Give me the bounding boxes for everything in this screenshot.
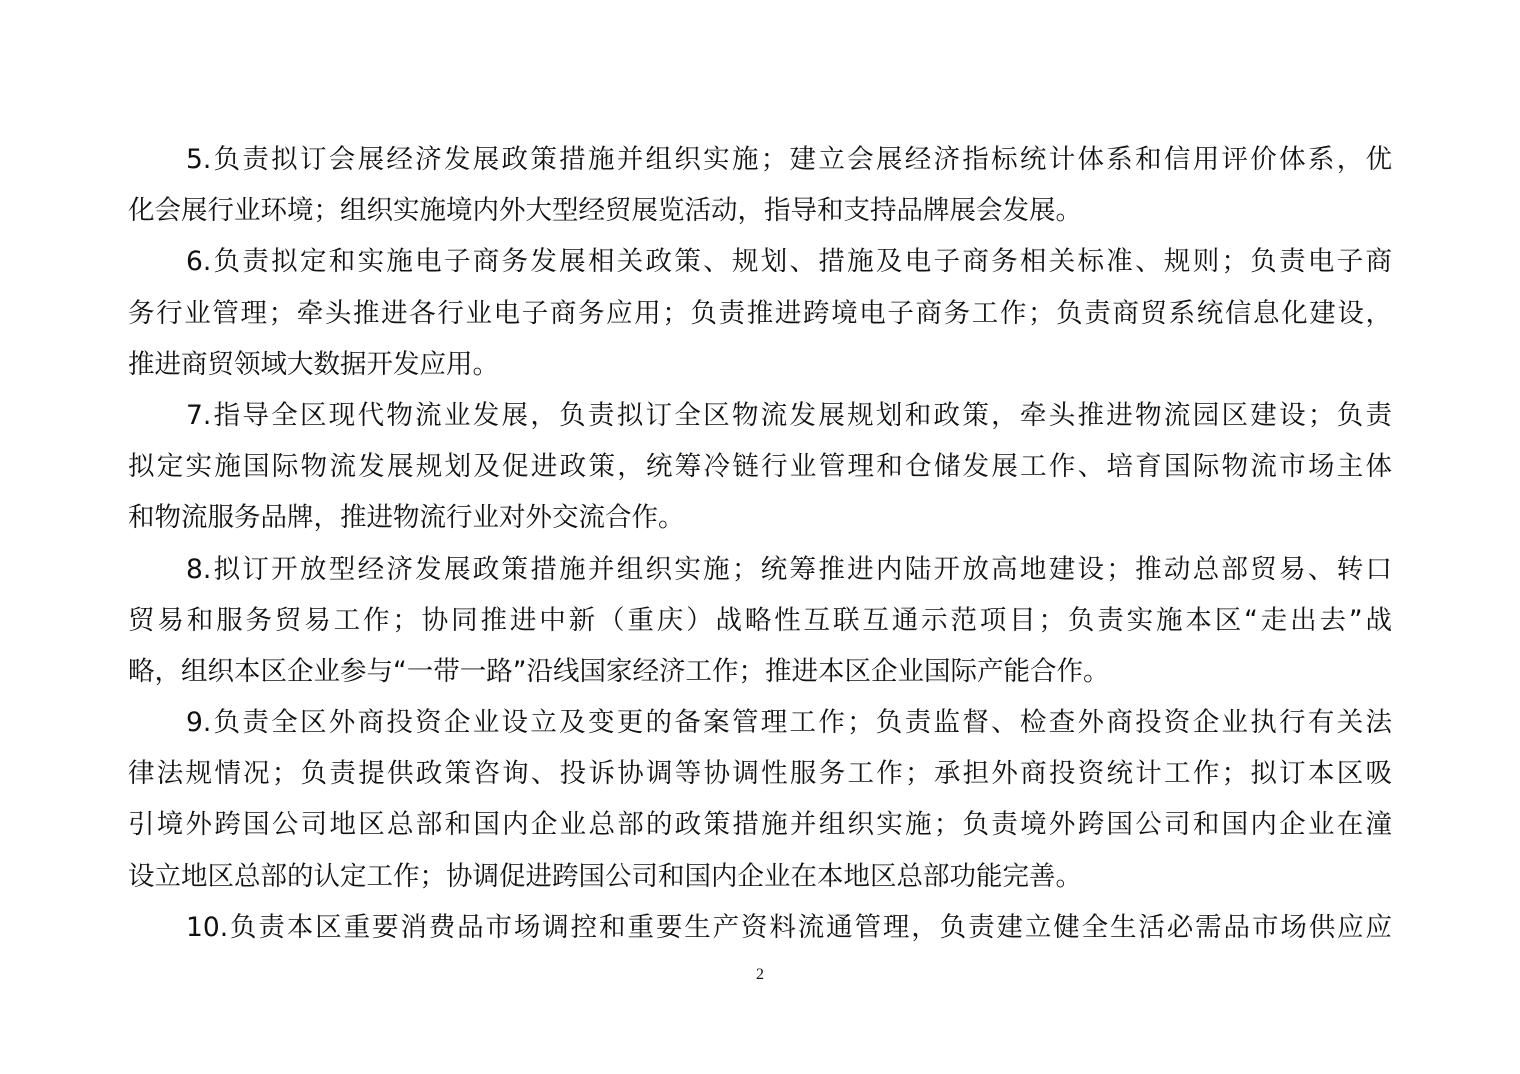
paragraph-line: 略，组织本区企业参与“一带一路”沿线国家经济工作；推进本区企业国际产能合作。: [128, 650, 1392, 701]
paragraph-line: 务行业管理；牵头推进各行业电子商务应用；负责推进跨境电子商务工作；负责商贸系统信…: [128, 292, 1392, 343]
paragraph-line: 化会展行业环境；组织实施境内外大型经贸展览活动，指导和支持品牌展会发展。: [128, 189, 1392, 240]
document-body: 5.负责拟订会展经济发展政策措施并组织实施；建立会展经济指标统计体系和信用评价体…: [128, 138, 1392, 957]
paragraph-line: 设立地区总部的认定工作；协调促进跨国公司和国内企业在本地区总部功能完善。: [128, 855, 1392, 906]
paragraph-item-8: 8.拟订开放型经济发展政策措施并组织实施；统筹推进内陆开放高地建设；推动总部贸易…: [128, 548, 1392, 702]
paragraph-line: 律法规情况；负责提供政策咨询、投诉协调等协调性服务工作；承担外商投资统计工作；拟…: [128, 752, 1392, 803]
paragraph-item-5: 5.负责拟订会展经济发展政策措施并组织实施；建立会展经济指标统计体系和信用评价体…: [128, 138, 1392, 240]
paragraph-line: 7.指导全区现代物流业发展，负责拟订全区物流发展规划和政策，牵头推进物流园区建设…: [128, 394, 1392, 445]
paragraph-line: 引境外跨国公司地区总部和国内企业总部的政策措施并组织实施；负责境外跨国公司和国内…: [128, 803, 1392, 854]
paragraph-line: 和物流服务品牌，推进物流行业对外交流合作。: [128, 496, 1392, 547]
paragraph-item-10: 10.负责本区重要消费品市场调控和重要生产资料流通管理，负责建立健全生活必需品市…: [128, 906, 1392, 957]
paragraph-line: 10.负责本区重要消费品市场调控和重要生产资料流通管理，负责建立健全生活必需品市…: [128, 906, 1392, 957]
paragraph-line: 9.负责全区外商投资企业设立及变更的备案管理工作；负责监督、检查外商投资企业执行…: [128, 701, 1392, 752]
paragraph-line: 贸易和服务贸易工作；协同推进中新（重庆）战略性互联互通示范项目；负责实施本区“走…: [128, 599, 1392, 650]
paragraph-item-6: 6.负责拟定和实施电子商务发展相关政策、规划、措施及电子商务相关标准、规则；负责…: [128, 240, 1392, 394]
document-page: 5.负责拟订会展经济发展政策措施并组织实施；建立会展经济指标统计体系和信用评价体…: [0, 0, 1520, 1074]
page-number: 2: [0, 966, 1520, 984]
paragraph-line: 推进商贸领域大数据开发应用。: [128, 343, 1392, 394]
paragraph-item-9: 9.负责全区外商投资企业设立及变更的备案管理工作；负责监督、检查外商投资企业执行…: [128, 701, 1392, 906]
paragraph-line: 8.拟订开放型经济发展政策措施并组织实施；统筹推进内陆开放高地建设；推动总部贸易…: [128, 548, 1392, 599]
paragraph-item-7: 7.指导全区现代物流业发展，负责拟订全区物流发展规划和政策，牵头推进物流园区建设…: [128, 394, 1392, 548]
paragraph-line: 5.负责拟订会展经济发展政策措施并组织实施；建立会展经济指标统计体系和信用评价体…: [128, 138, 1392, 189]
paragraph-line: 6.负责拟定和实施电子商务发展相关政策、规划、措施及电子商务相关标准、规则；负责…: [128, 240, 1392, 291]
paragraph-line: 拟定实施国际物流发展规划及促进政策，统筹冷链行业管理和仓储发展工作、培育国际物流…: [128, 445, 1392, 496]
